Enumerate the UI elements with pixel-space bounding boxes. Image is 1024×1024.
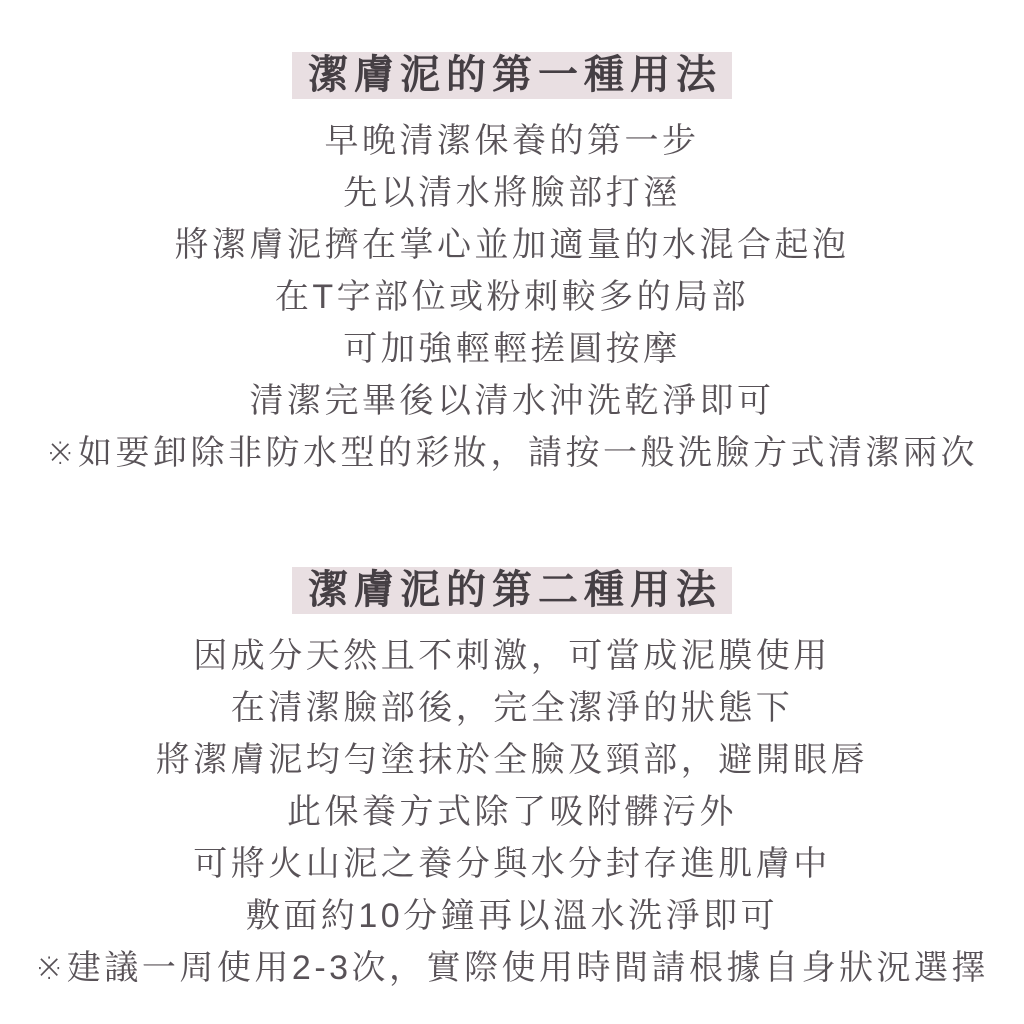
note-line: ※建議一周使用2-3次，實際使用時間請根據自身狀況選擇 <box>0 942 1024 994</box>
body-line: 早晚清潔保養的第一步 <box>0 115 1024 167</box>
section-2-title: 潔膚泥的第二種用法 <box>292 567 732 614</box>
usage-section-1: 潔膚泥的第一種用法 早晚清潔保養的第一步 先以清水將臉部打溼 將潔膚泥擠在掌心並… <box>0 0 1024 479</box>
body-line: 在T字部位或粉刺較多的局部 <box>0 271 1024 323</box>
note-line: ※如要卸除非防水型的彩妝，請按一般洗臉方式清潔兩次 <box>0 427 1024 479</box>
section-2-title-row: 潔膚泥的第二種用法 <box>0 567 1024 614</box>
body-line: 將潔膚泥均勻塗抹於全臉及頸部，避開眼唇 <box>0 734 1024 786</box>
body-line: 清潔完畢後以清水沖洗乾淨即可 <box>0 375 1024 427</box>
usage-section-2: 潔膚泥的第二種用法 因成分天然且不刺激，可當成泥膜使用 在清潔臉部後，完全潔淨的… <box>0 479 1024 994</box>
body-line: 因成分天然且不刺激，可當成泥膜使用 <box>0 630 1024 682</box>
body-line: 敷面約10分鐘再以溫水洗淨即可 <box>0 890 1024 942</box>
instruction-page: 潔膚泥的第一種用法 早晚清潔保養的第一步 先以清水將臉部打溼 將潔膚泥擠在掌心並… <box>0 0 1024 1024</box>
body-line: 此保養方式除了吸附髒污外 <box>0 786 1024 838</box>
section-1-title: 潔膚泥的第一種用法 <box>292 52 732 99</box>
body-line: 將潔膚泥擠在掌心並加適量的水混合起泡 <box>0 219 1024 271</box>
body-line: 在清潔臉部後，完全潔淨的狀態下 <box>0 682 1024 734</box>
body-line: 可將火山泥之養分與水分封存進肌膚中 <box>0 838 1024 890</box>
body-line: 先以清水將臉部打溼 <box>0 167 1024 219</box>
section-1-title-row: 潔膚泥的第一種用法 <box>0 52 1024 99</box>
body-line: 可加強輕輕搓圓按摩 <box>0 323 1024 375</box>
